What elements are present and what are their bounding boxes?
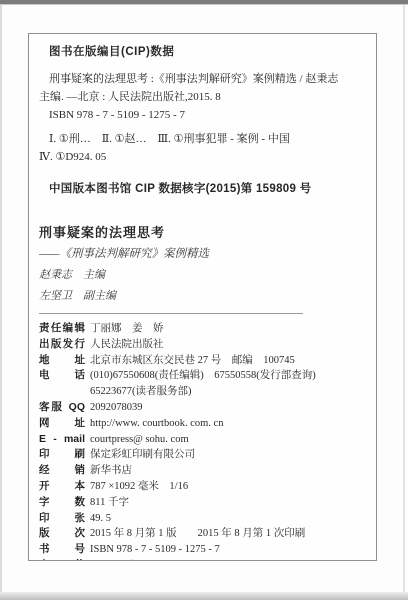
scanned-page: 图书在版编目(CIP)数据 刑事疑案的法理思考 :《刑事法判解研究》案例精选 /… <box>0 0 408 600</box>
cip-classification-line: Ⅰ. ①刑… Ⅱ. ①赵… Ⅲ. ①刑事犯罪 - 案例 - 中国 <box>39 130 368 148</box>
book-title: 刑事疑案的法理思考 <box>39 223 368 243</box>
detail-row: 客服 QQ 2092078039 <box>39 400 368 416</box>
detail-value: courtpress@ sohu. com <box>90 432 368 448</box>
detail-row: 印张 49. 5 <box>39 511 368 527</box>
detail-value: 65223677(读者服务部) <box>90 384 368 400</box>
detail-label: 版次 <box>39 526 85 542</box>
detail-value: 787 ×1092 毫米 1/16 <box>90 479 368 495</box>
detail-value: 丁丽娜 姜 娇 <box>90 321 368 337</box>
scan-top-edge <box>0 0 408 5</box>
detail-label: 网址 <box>39 416 85 432</box>
detail-label: 地址 <box>39 353 85 369</box>
detail-row: 字数 811 千字 <box>39 495 368 511</box>
detail-label: 印张 <box>39 511 85 527</box>
cip-record-line: 刑事疑案的法理思考 :《刑事法判解研究》案例精选 / 赵秉志 <box>39 70 368 88</box>
detail-row-continuation: 65223677(读者服务部) <box>39 384 368 400</box>
detail-label: 电话 <box>39 368 85 384</box>
detail-row: 书号 ISBN 978 - 7 - 5109 - 1275 - 7 <box>39 542 368 558</box>
copyright-box: 图书在版编目(CIP)数据 刑事疑案的法理思考 :《刑事法判解研究》案例精选 /… <box>28 33 377 561</box>
detail-label: E - mail <box>39 432 85 448</box>
detail-value: 49. 5 <box>90 511 368 527</box>
scan-bottom-edge <box>0 592 408 600</box>
cip-header: 图书在版编目(CIP)数据 <box>39 43 368 61</box>
detail-value: http://www. courtbook. com. cn <box>90 416 368 432</box>
detail-row: 定价 128. 00 元 <box>39 558 368 561</box>
detail-value: 人民法院出版社 <box>90 337 368 353</box>
scan-right-edge <box>403 5 405 592</box>
detail-row: 网址 http://www. courtbook. com. cn <box>39 416 368 432</box>
detail-row: 地址 北京市东城区东交民巷 27 号 邮编 100745 <box>39 353 368 369</box>
detail-label: 出版发行 <box>39 337 85 353</box>
detail-label: 客服 QQ <box>39 400 85 416</box>
detail-label: 书号 <box>39 542 85 558</box>
detail-row: 开本 787 ×1092 毫米 1/16 <box>39 479 368 495</box>
publication-details-list: 责任编辑 丁丽娜 姜 娇 出版发行 人民法院出版社 地址 北京市东城区东交民巷 … <box>39 321 368 561</box>
scan-left-edge <box>0 5 2 592</box>
detail-label: 印刷 <box>39 447 85 463</box>
detail-value: 保定彩虹印刷有限公司 <box>90 447 368 463</box>
detail-value: 北京市东城区东交民巷 27 号 邮编 100745 <box>90 353 368 369</box>
chief-editor-line: 赵秉志 主编 <box>39 265 368 286</box>
detail-row: 经销 新华书店 <box>39 463 368 479</box>
cip-isbn-line: ISBN 978 - 7 - 5109 - 1275 - 7 <box>39 106 368 124</box>
detail-value: 811 千字 <box>90 495 368 511</box>
detail-value: ISBN 978 - 7 - 5109 - 1275 - 7 <box>90 542 368 558</box>
detail-value: 2015 年 8 月第 1 版 2015 年 8 月第 1 次印刷 <box>90 526 368 542</box>
detail-value: (010)67550608(责任编辑) 67550558(发行部查询) <box>90 368 368 384</box>
detail-label: 定价 <box>39 558 85 561</box>
cip-classification-line: Ⅳ. ①D924. 05 <box>39 148 368 166</box>
book-subtitle: ——《刑事法判解研究》案例精选 <box>39 243 368 265</box>
detail-value: 新华书店 <box>90 463 368 479</box>
section-divider <box>39 313 303 314</box>
cip-record-block: 刑事疑案的法理思考 :《刑事法判解研究》案例精选 / 赵秉志 主编. —北京 :… <box>39 70 368 124</box>
detail-label: 开本 <box>39 479 85 495</box>
detail-row: E - mail courtpress@ sohu. com <box>39 432 368 448</box>
detail-row: 出版发行 人民法院出版社 <box>39 337 368 353</box>
detail-row: 责任编辑 丁丽娜 姜 娇 <box>39 321 368 337</box>
cip-record-line: 主编. —北京 : 人民法院出版社,2015. 8 <box>39 88 368 106</box>
detail-label: 经销 <box>39 463 85 479</box>
cip-registry-line: 中国版本图书馆 CIP 数据核字(2015)第 159809 号 <box>39 180 368 198</box>
deputy-editor-line: 左坚卫 副主编 <box>39 286 368 307</box>
detail-row: 电话 (010)67550608(责任编辑) 67550558(发行部查询) <box>39 368 368 384</box>
detail-label: 责任编辑 <box>39 321 85 337</box>
detail-row: 印刷 保定彩虹印刷有限公司 <box>39 447 368 463</box>
detail-value: 2092078039 <box>90 400 368 416</box>
detail-label: 字数 <box>39 495 85 511</box>
cip-classification-block: Ⅰ. ①刑… Ⅱ. ①赵… Ⅲ. ①刑事犯罪 - 案例 - 中国 Ⅳ. ①D92… <box>39 130 368 166</box>
detail-row: 版次 2015 年 8 月第 1 版 2015 年 8 月第 1 次印刷 <box>39 526 368 542</box>
detail-value: 128. 00 元 <box>90 558 368 561</box>
